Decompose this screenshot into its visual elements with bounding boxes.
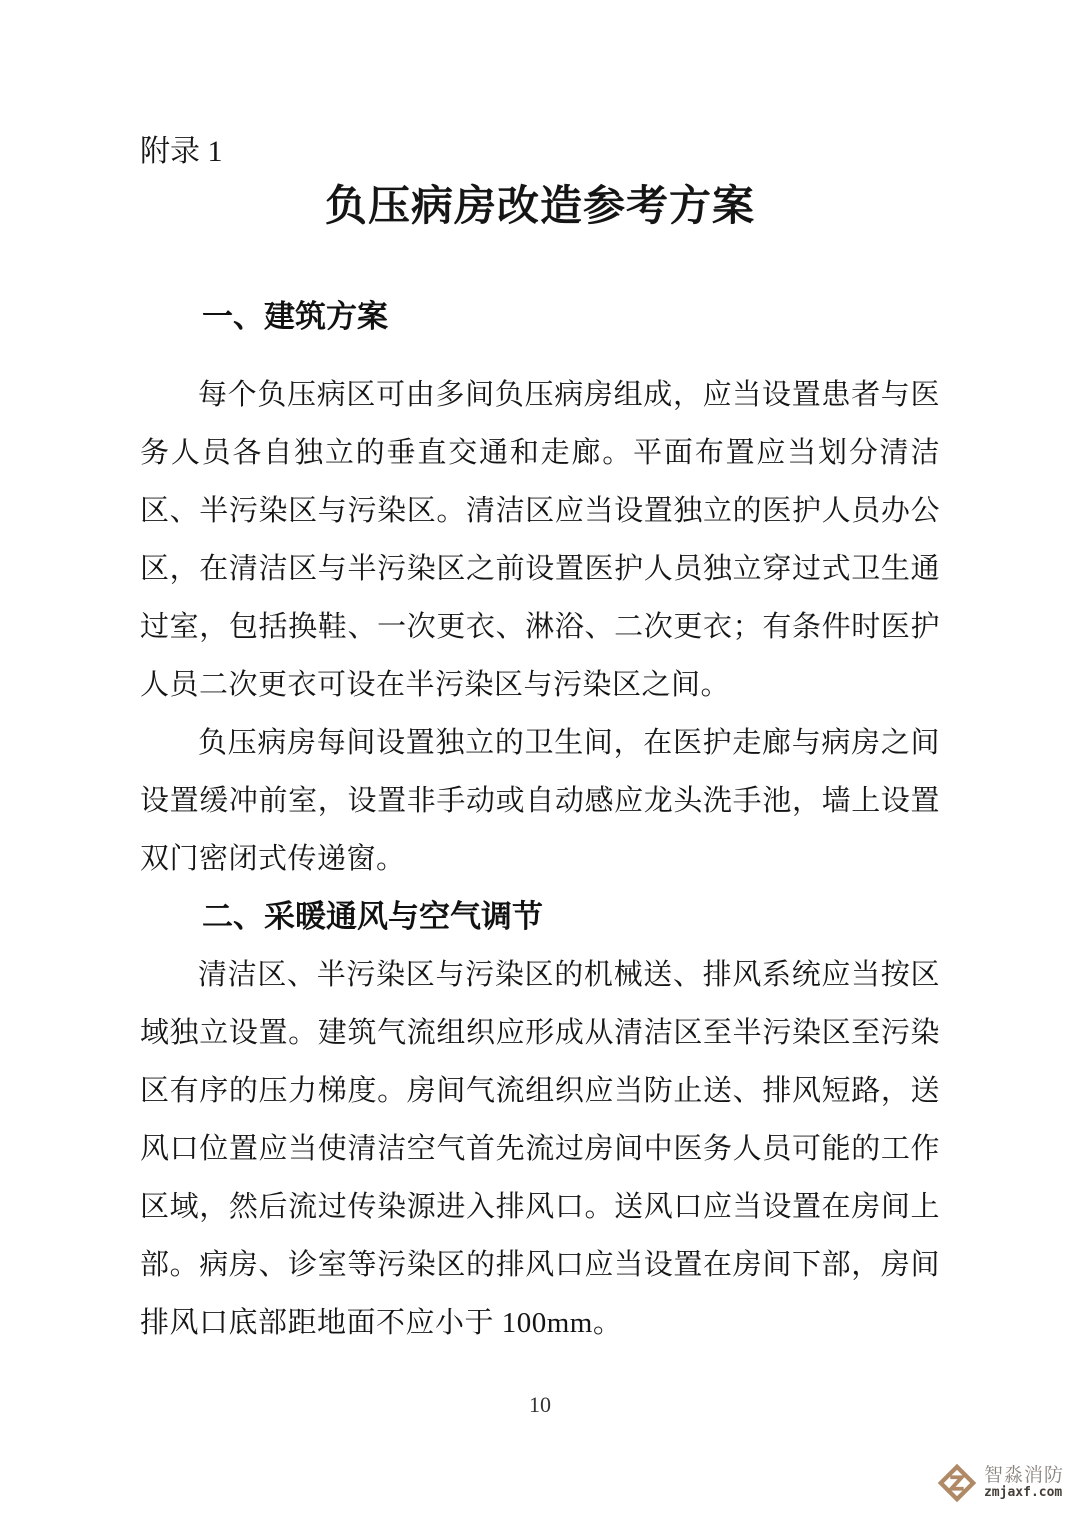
page-number: 10 [0, 1392, 1080, 1418]
paragraph-hvac-1: 清洁区、半污染区与污染区的机械送、排风系统应当按区域独立设置。建筑气流组织应形成… [140, 946, 940, 1352]
appendix-label: 附录 1 [140, 132, 940, 172]
paragraph-building-plan-2: 负压病房每间设置独立的卫生间，在医护走廊与病房之间设置缓冲前室，设置非手动或自动… [140, 714, 940, 888]
section-heading-hvac: 二、采暖通风与空气调节 [140, 888, 940, 946]
document-body: 附录 1 负压病房改造参考方案 一、建筑方案 每个负压病区可由多间负压病房组成，… [140, 132, 940, 1352]
brand-name: 智淼消防 [984, 1466, 1064, 1486]
section-heading-building-plan: 一、建筑方案 [140, 292, 940, 342]
document-page: 附录 1 负压病房改造参考方案 一、建筑方案 每个负压病区可由多间负压病房组成，… [0, 0, 1080, 1526]
brand-logo-icon [936, 1462, 978, 1504]
brand-site: zmjaxf.com [984, 1486, 1064, 1500]
paragraph-building-plan-1: 每个负压病区可由多间负压病房组成，应当设置患者与医务人员各自独立的垂直交通和走廊… [140, 366, 940, 714]
brand-watermark: 智淼消防 zmjaxf.com [936, 1462, 1064, 1504]
brand-text-block: 智淼消防 zmjaxf.com [984, 1466, 1064, 1500]
document-title: 负压病房改造参考方案 [140, 182, 940, 232]
